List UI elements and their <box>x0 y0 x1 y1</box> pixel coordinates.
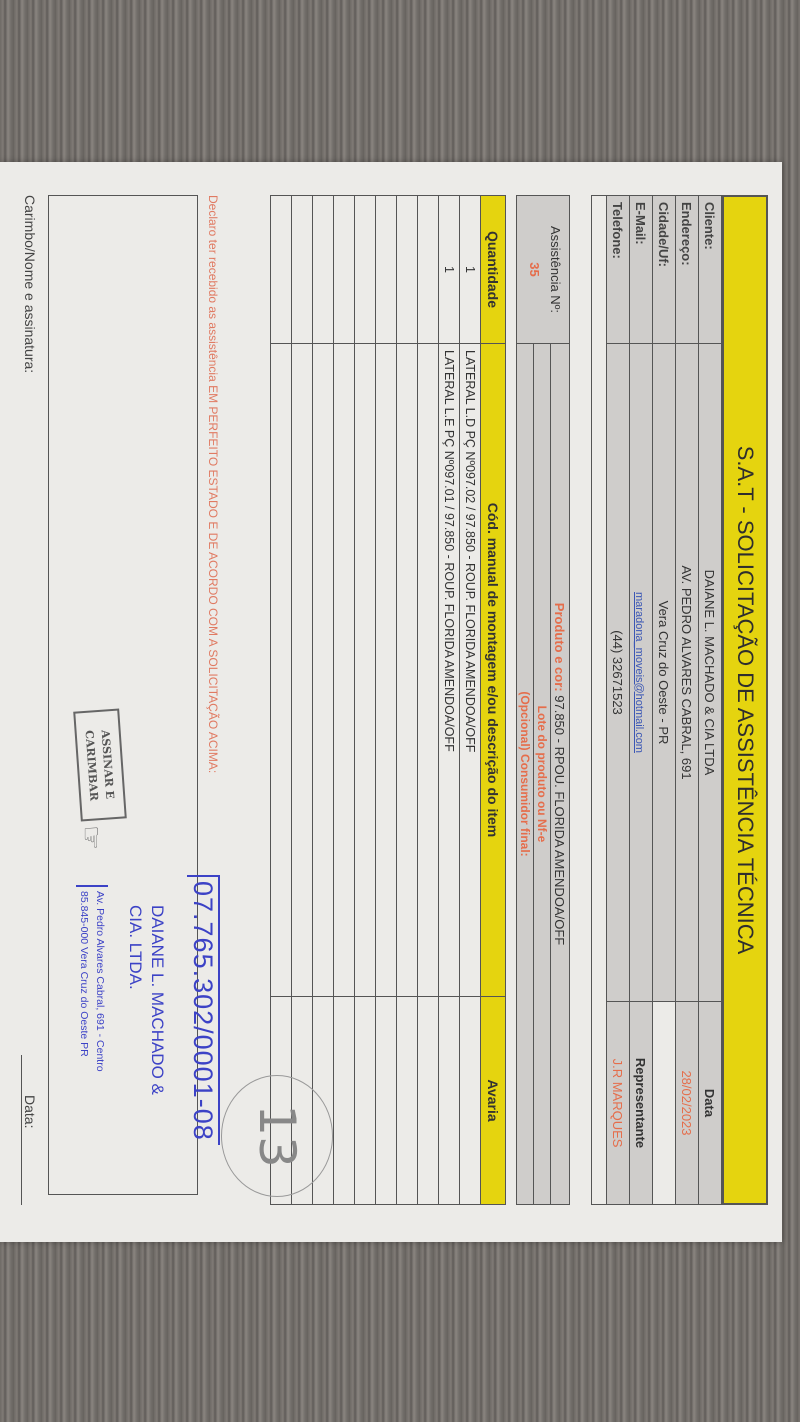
signature-label: Carimbo/Nome e assinatura: <box>22 195 38 373</box>
table-row-empty <box>292 196 313 1205</box>
label-cliente: Cliente: <box>699 196 722 344</box>
form-title: S.A.T - SOLICITAÇÃO DE ASSISTÊNCIA TÉCNI… <box>722 195 768 1205</box>
sat-form: S.A.T - SOLICITAÇÃO DE ASSISTÊNCIA TÉCNI… <box>0 195 768 1205</box>
stamp-name-line2: CIA. LTDA. <box>124 905 146 1095</box>
label-endereco: Endereço: <box>676 196 699 344</box>
row-desc: LATERAL L.D PÇ Nº097.02 / 97.850 - ROUP.… <box>460 344 481 997</box>
rep-header: Representante <box>630 1002 653 1205</box>
product-cell: Produto e cor: 97.850 - RPOU. FLORIDA AM… <box>551 344 570 1205</box>
spacer-row <box>592 196 607 1205</box>
items-table: Quantidade Cód. manual de montagem e/ou … <box>270 195 506 1205</box>
header-damage: Avaria <box>481 997 506 1205</box>
assistance-number-cell: Assistência Nº: 35 <box>517 196 570 344</box>
row-qty: 1 <box>460 196 481 344</box>
table-row-empty <box>313 196 334 1205</box>
value-endereco: AV. PEDRO ALVARES CABRAL, 691 <box>676 344 699 1002</box>
label-telefone: Telefone: <box>607 196 630 344</box>
value-telefone: (44) 32671523 <box>607 344 630 1002</box>
consumer-label: (Opcional) Consumidor final: <box>517 344 534 1205</box>
table-row-empty <box>418 196 439 1205</box>
assistance-number-value: 35 <box>527 202 542 337</box>
table-row-empty <box>334 196 355 1205</box>
client-info-table: Cliente: DAIANE L. MACHADO & CIA LTDA Da… <box>591 195 722 1205</box>
pointing-hand-icon: ☞ <box>75 825 108 850</box>
date-line <box>21 1055 22 1205</box>
sign-and-stamp-badge: ASSINAR E CARIMBAR <box>73 709 127 822</box>
signature-box[interactable] <box>48 195 198 1195</box>
date-value: 28/02/2023 <box>676 1002 699 1205</box>
table-row-empty <box>376 196 397 1205</box>
stamp-name-line1: DAIANE L. MACHADO & <box>146 905 168 1095</box>
value-cliente: DAIANE L. MACHADO & CIA LTDA <box>699 344 722 1002</box>
rep-value: J.R MARQUES <box>607 1002 630 1205</box>
table-row-empty <box>397 196 418 1205</box>
label-email: E-Mail: <box>630 196 653 344</box>
assistance-table: Assistência Nº: 35 Produto e cor: 97.850… <box>516 195 570 1205</box>
stamp-company: DAIANE L. MACHADO & CIA. LTDA. <box>124 905 168 1095</box>
stamp-address-line2: 85.845-000 Vera Cruz do Oeste PR <box>76 891 92 1072</box>
handwritten-circle-note: 13 <box>221 1075 333 1197</box>
product-label: Produto e cor: <box>553 603 568 692</box>
label-cidade: Cidade/Uf: <box>653 196 676 344</box>
stamp-address-line1: Av. Pedro Alvares Cabral, 691 - Centro <box>92 891 108 1072</box>
value-email: maradona_moveis@hotmail.com <box>634 592 646 753</box>
table-row-empty <box>355 196 376 1205</box>
date-header: Data <box>699 1002 722 1205</box>
assistance-number-label: Assistência Nº: <box>548 202 563 337</box>
header-description: Cód. manual de montagem e/ou descrição d… <box>481 344 506 997</box>
date-label: Data: <box>22 1095 38 1128</box>
product-value: 97.850 - RPOU. FLORIDA AMENDOA/OFF <box>553 695 568 945</box>
table-row-empty <box>271 196 292 1205</box>
row-damage <box>439 997 460 1205</box>
lot-label: Lote do produto ou Nf-e <box>534 344 551 1205</box>
table-row: 1 LATERAL L.D PÇ Nº097.02 / 97.850 - ROU… <box>460 196 481 1205</box>
blank-cell <box>653 1002 676 1205</box>
row-desc: LATERAL L.E PÇ Nº097.01 / 97.850 - ROUP.… <box>439 344 460 997</box>
declaration-text: Declaro ter recebido as assistência EM P… <box>206 195 220 895</box>
stamp-address: Av. Pedro Alvares Cabral, 691 - Centro 8… <box>76 885 108 1072</box>
header-quantity: Quantidade <box>481 196 506 344</box>
table-row: 1 LATERAL L.E PÇ Nº097.01 / 97.850 - ROU… <box>439 196 460 1205</box>
row-qty: 1 <box>439 196 460 344</box>
stamp-cnpj: 07.765.302/0001-08 <box>187 875 220 1145</box>
value-cidade: Vera Cruz do Oeste - PR <box>653 344 676 1002</box>
row-damage <box>460 997 481 1205</box>
